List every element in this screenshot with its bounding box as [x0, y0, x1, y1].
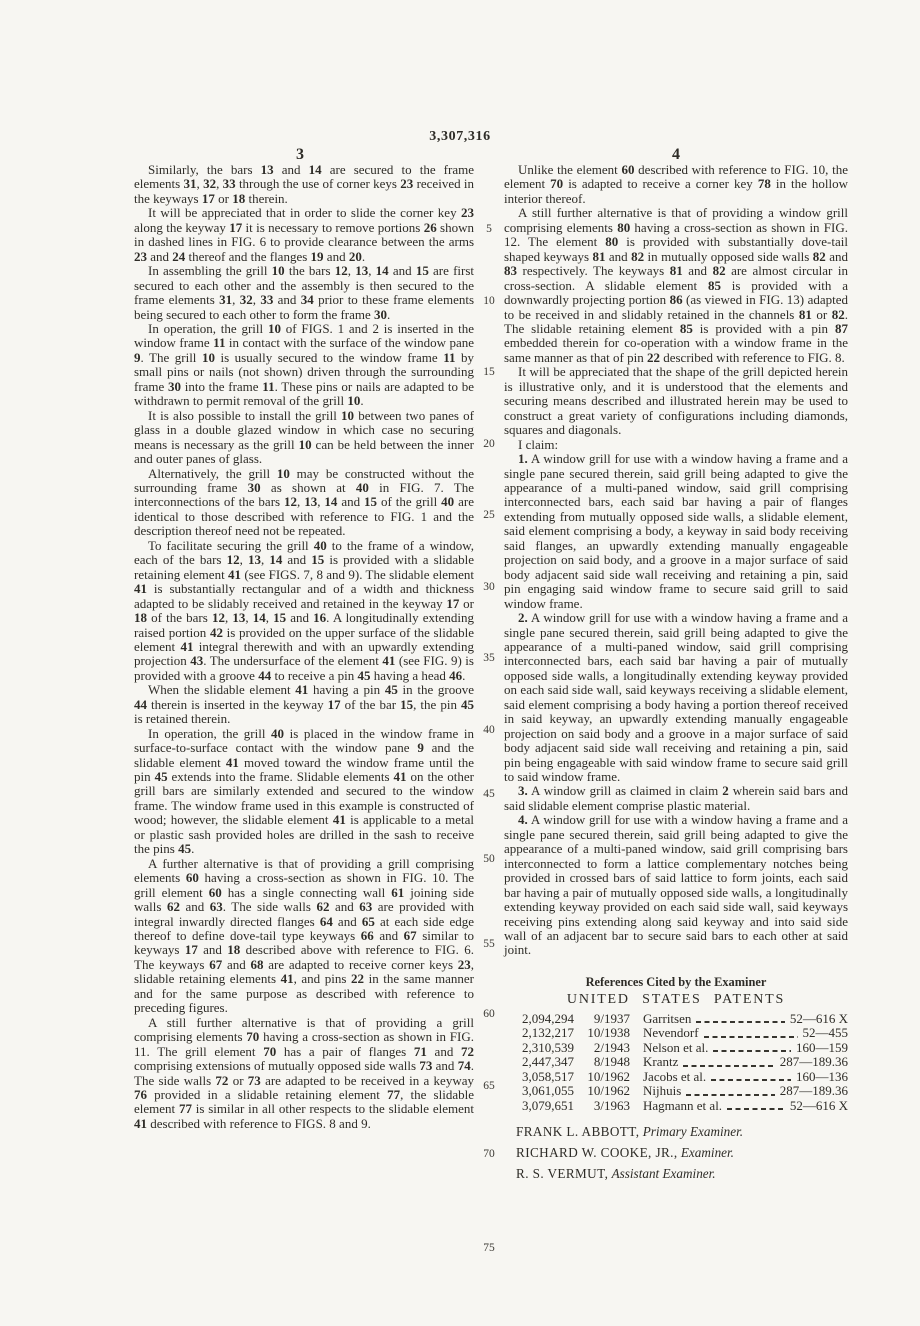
reference-date: 2/1943: [574, 1041, 630, 1055]
patent-page: 3,307,316 3 4 51015202530354045505560657…: [0, 0, 920, 1326]
examiner-title: Primary Examiner.: [643, 1124, 743, 1139]
reference-date: 9/1937: [574, 1012, 630, 1026]
reference-date: 10/1962: [574, 1070, 630, 1084]
claim-intro: I claim:: [504, 438, 848, 452]
reference-row: 3,058,51710/1962Jacobs et al.160—136: [504, 1070, 848, 1084]
line-number: 50: [476, 853, 502, 865]
reference-patent-number: 2,310,539: [510, 1041, 574, 1055]
examiner-title: Examiner.: [681, 1145, 734, 1160]
examiner-name: RICHARD W. COOKE, JR.,: [516, 1145, 678, 1160]
leader-line: [696, 1021, 784, 1023]
paragraph: To facilitate securing the grill 40 to t…: [134, 539, 474, 684]
right-column: Unlike the element 60 described with ref…: [504, 163, 848, 1188]
reference-entry: Hagmann et al.52—616 X: [643, 1099, 848, 1113]
reference-patent-number: 2,447,347: [510, 1055, 574, 1069]
reference-class: 287—189.36: [780, 1084, 848, 1098]
line-number: 15: [476, 366, 502, 378]
reference-inventor-name: Nelson et al.: [643, 1041, 708, 1055]
reference-class: 287—189.36: [780, 1055, 848, 1069]
examiner-title: Assistant Examiner.: [612, 1166, 716, 1181]
reference-inventor-name: Garritsen: [643, 1012, 691, 1026]
paragraph: In operation, the grill 10 of FIGS. 1 an…: [134, 322, 474, 409]
reference-class: 160—159: [796, 1041, 848, 1055]
line-number: 75: [476, 1242, 502, 1254]
right-column-paragraphs: Unlike the element 60 described with ref…: [504, 163, 848, 438]
claim: 1. A window grill for use with a window …: [504, 452, 848, 611]
paragraph: A further alternative is that of providi…: [134, 857, 474, 1016]
reference-date: 10/1962: [574, 1084, 630, 1098]
line-number: 40: [476, 724, 502, 736]
claim: 4. A window grill for use with a window …: [504, 813, 848, 958]
examiners-section: FRANK L. ABBOTT, Primary Examiner.RICHAR…: [504, 1125, 848, 1181]
line-number: 5: [476, 223, 502, 235]
paragraph: A still further alternative is that of p…: [134, 1016, 474, 1132]
references-heading: References Cited by the Examiner: [504, 975, 848, 989]
claim: 2. A window grill for use with a window …: [504, 611, 848, 784]
line-number: 70: [476, 1148, 502, 1160]
paragraph: Alternatively, the grill 10 may be const…: [134, 467, 474, 539]
reference-inventor-name: Nijhuis: [643, 1084, 681, 1098]
reference-row: 3,079,6513/1963Hagmann et al.52—616 X: [504, 1099, 848, 1113]
examiner-name: FRANK L. ABBOTT,: [516, 1124, 639, 1139]
reference-row: 2,094,2949/1937Garritsen52—616 X: [504, 1012, 848, 1026]
reference-patent-number: 2,094,294: [510, 1012, 574, 1026]
reference-class: 52—616 X: [790, 1012, 848, 1026]
reference-row: 2,132,21710/1938Nevendorf52—455: [504, 1026, 848, 1040]
reference-entry: Jacobs et al.160—136: [643, 1070, 848, 1084]
patent-number: 3,307,316: [0, 129, 920, 145]
reference-entry: Garritsen52—616 X: [643, 1012, 848, 1026]
reference-patent-number: 3,079,651: [510, 1099, 574, 1113]
claims-list: 1. A window grill for use with a window …: [504, 452, 848, 958]
reference-entry: Nevendorf52—455: [643, 1026, 848, 1040]
line-number: 55: [476, 938, 502, 950]
reference-patent-number: 2,132,217: [510, 1026, 574, 1040]
claim: 3. A window grill as claimed in claim 2 …: [504, 784, 848, 813]
leader-line: [727, 1108, 785, 1110]
reference-class: 160—136: [796, 1070, 848, 1084]
references-table: 2,094,2949/1937Garritsen52—616 X2,132,21…: [504, 1012, 848, 1113]
examiner-row: R. S. VERMUT, Assistant Examiner.: [516, 1167, 848, 1181]
reference-inventor-name: Hagmann et al.: [643, 1099, 722, 1113]
line-number: 35: [476, 652, 502, 664]
reference-row: 2,447,3478/1948Krantz287—189.36: [504, 1055, 848, 1069]
reference-date: 8/1948: [574, 1055, 630, 1069]
reference-patent-number: 3,058,517: [510, 1070, 574, 1084]
line-number: 60: [476, 1008, 502, 1020]
leader-line: [704, 1036, 798, 1038]
reference-date: 10/1938: [574, 1026, 630, 1040]
examiner-name: R. S. VERMUT,: [516, 1166, 608, 1181]
examiner-row: FRANK L. ABBOTT, Primary Examiner.: [516, 1125, 848, 1139]
leader-line: [711, 1079, 791, 1081]
reference-class: 52—455: [803, 1026, 849, 1040]
reference-inventor-name: Nevendorf: [643, 1026, 699, 1040]
leader-line: [713, 1050, 791, 1052]
references-subheading: UNITED STATES PATENTS: [504, 993, 848, 1007]
paragraph: It will be appreciated that in order to …: [134, 206, 474, 264]
reference-row: 2,310,5392/1943Nelson et al.160—159: [504, 1041, 848, 1055]
paragraph: In operation, the grill 40 is placed in …: [134, 727, 474, 857]
line-number: 30: [476, 581, 502, 593]
examiner-row: RICHARD W. COOKE, JR., Examiner.: [516, 1146, 848, 1160]
references-section: References Cited by the Examiner UNITED …: [504, 975, 848, 1113]
reference-patent-number: 3,061,055: [510, 1084, 574, 1098]
reference-inventor-name: Krantz: [643, 1055, 678, 1069]
line-number: 65: [476, 1080, 502, 1092]
reference-row: 3,061,05510/1962Nijhuis287—189.36: [504, 1084, 848, 1098]
paragraph: A still further alternative is that of p…: [504, 206, 848, 365]
reference-entry: Nijhuis287—189.36: [643, 1084, 848, 1098]
paragraph: Similarly, the bars 13 and 14 are secure…: [134, 163, 474, 206]
line-number: 45: [476, 788, 502, 800]
paragraph: Unlike the element 60 described with ref…: [504, 163, 848, 206]
left-column: Similarly, the bars 13 and 14 are secure…: [134, 163, 474, 1131]
reference-entry: Nelson et al.160—159: [643, 1041, 848, 1055]
line-number: 10: [476, 295, 502, 307]
reference-class: 52—616 X: [790, 1099, 848, 1113]
reference-inventor-name: Jacobs et al.: [643, 1070, 706, 1084]
line-number: 20: [476, 438, 502, 450]
reference-entry: Krantz287—189.36: [643, 1055, 848, 1069]
paragraph: When the slidable element 41 having a pi…: [134, 683, 474, 726]
line-number: 25: [476, 509, 502, 521]
leader-line: [686, 1094, 774, 1096]
leader-line: [683, 1065, 774, 1067]
reference-date: 3/1963: [574, 1099, 630, 1113]
paragraph: It is also possible to install the grill…: [134, 409, 474, 467]
paragraph: It will be appreciated that the shape of…: [504, 365, 848, 437]
paragraph: In assembling the grill 10 the bars 12, …: [134, 264, 474, 322]
